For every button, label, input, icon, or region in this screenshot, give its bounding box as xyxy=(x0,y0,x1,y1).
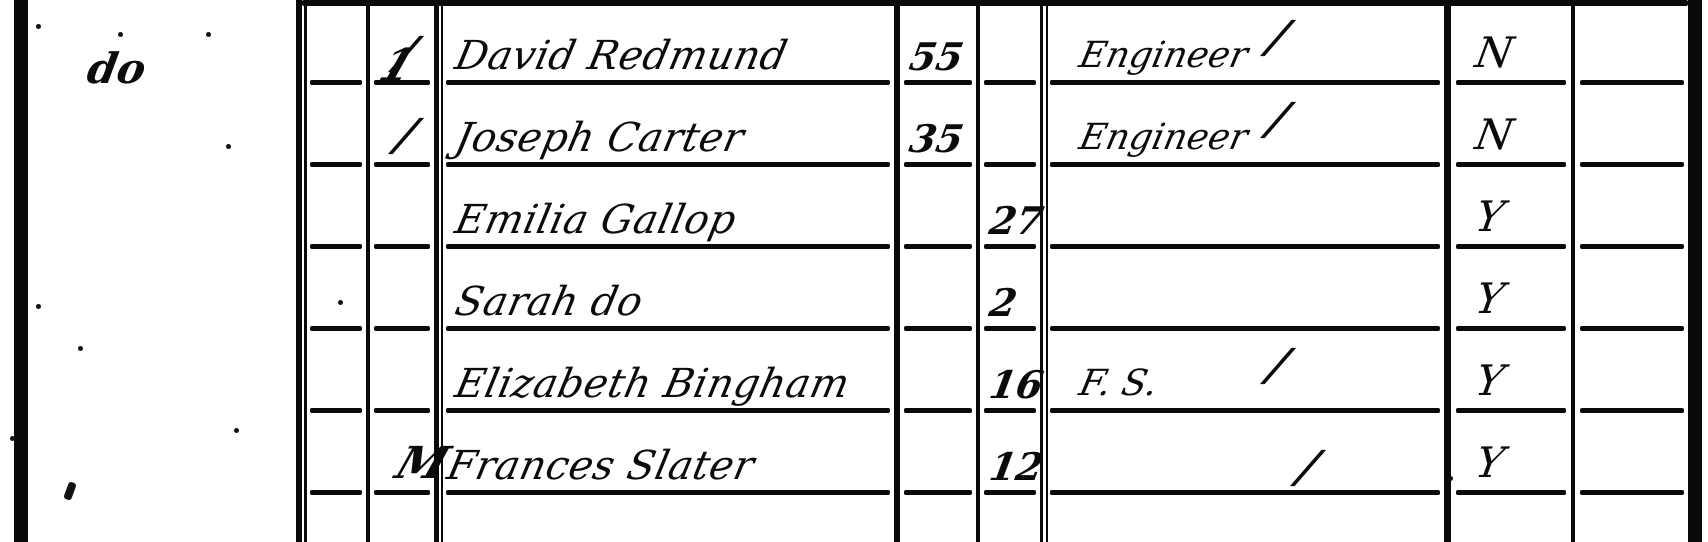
row-rule xyxy=(310,490,362,495)
column-rule xyxy=(1571,0,1575,542)
age-female: 12 xyxy=(987,448,1047,486)
row-rule xyxy=(310,162,362,167)
margin-note: do xyxy=(84,48,149,90)
person-name: Emilia Gallop xyxy=(452,200,740,240)
row-rule xyxy=(984,162,1036,167)
person-name: Elizabeth Bingham xyxy=(452,364,854,404)
born-in-county: N xyxy=(1472,114,1516,156)
scan-speck xyxy=(36,304,41,309)
person-name: David Redmund xyxy=(452,36,791,76)
occupation-check: / xyxy=(1262,98,1294,142)
person-name: Frances Slater xyxy=(444,446,758,486)
row-rule xyxy=(310,408,362,413)
born-in-county: Y xyxy=(1472,278,1507,320)
row-rule xyxy=(984,408,1036,413)
row-rule xyxy=(904,408,972,413)
column-rule xyxy=(366,0,370,542)
row-rule xyxy=(1050,490,1440,495)
row-rule xyxy=(1050,244,1440,249)
column-rule xyxy=(1444,0,1451,542)
scan-speck xyxy=(1448,476,1453,481)
born-in-county: Y xyxy=(1472,442,1507,484)
born-in-county: Y xyxy=(1472,360,1507,402)
header-rule xyxy=(302,0,1688,6)
row-rule xyxy=(446,80,890,85)
row-rule xyxy=(374,326,430,331)
row-rule xyxy=(446,326,890,331)
column-rule xyxy=(894,0,900,542)
row-rule xyxy=(984,326,1036,331)
scan-speck xyxy=(338,300,343,305)
row-rule xyxy=(1580,162,1684,167)
right-border-rule xyxy=(1688,0,1702,542)
row-rule xyxy=(310,80,362,85)
age-female: 16 xyxy=(987,366,1047,404)
row-rule xyxy=(1456,490,1566,495)
occupation-check: / xyxy=(1262,344,1294,388)
row-rule xyxy=(446,490,890,495)
occupation: F. S. xyxy=(1076,366,1161,402)
row-rule xyxy=(904,162,972,167)
occupation: Engineer xyxy=(1076,120,1251,156)
row-rule xyxy=(310,326,362,331)
row-rule xyxy=(1456,244,1566,249)
scan-speck xyxy=(63,481,77,501)
scan-speck xyxy=(78,346,83,351)
column-rule xyxy=(296,0,302,542)
row-rule xyxy=(1050,80,1440,85)
row-rule xyxy=(1050,162,1440,167)
row-rule xyxy=(904,80,972,85)
row-rule xyxy=(904,326,972,331)
scan-speck xyxy=(10,436,15,441)
row-rule xyxy=(374,244,430,249)
occupation-check: / xyxy=(1292,446,1324,490)
column-rule xyxy=(1046,0,1048,542)
age-male: 35 xyxy=(907,120,967,158)
row-rule xyxy=(446,408,890,413)
person-name: Joseph Carter xyxy=(452,118,748,158)
left-border-rule xyxy=(14,0,28,542)
scan-speck xyxy=(206,32,211,37)
row-rule xyxy=(446,162,890,167)
scan-speck xyxy=(118,32,123,37)
row-rule xyxy=(1456,162,1566,167)
row-rule xyxy=(374,490,430,495)
row-rule xyxy=(1456,326,1566,331)
scan-speck xyxy=(234,428,239,433)
scan-speck xyxy=(36,24,41,29)
row-rule xyxy=(904,244,972,249)
row-rule xyxy=(1456,408,1566,413)
person-name: Sarah do xyxy=(452,282,647,322)
row-rule xyxy=(374,408,430,413)
census-page: do 1 /David Redmund55Engineer/N/Joseph C… xyxy=(0,0,1708,542)
scan-speck xyxy=(226,144,231,149)
row-rule xyxy=(1580,490,1684,495)
occupation: Engineer xyxy=(1076,38,1251,74)
age-female: 27 xyxy=(987,202,1047,240)
row-rule xyxy=(310,244,362,249)
row-rule xyxy=(446,244,890,249)
row-rule xyxy=(1580,80,1684,85)
row-rule xyxy=(1050,326,1440,331)
row-rule xyxy=(1580,244,1684,249)
row-rule xyxy=(1456,80,1566,85)
row-mark: / xyxy=(390,114,422,158)
row-rule xyxy=(1580,326,1684,331)
age-male: 55 xyxy=(907,38,967,76)
row-rule xyxy=(984,490,1036,495)
occupation-check: / xyxy=(1262,16,1294,60)
column-rule xyxy=(976,0,980,542)
born-in-county: N xyxy=(1472,32,1516,74)
column-rule xyxy=(304,0,307,542)
row-rule xyxy=(374,162,430,167)
age-female: 2 xyxy=(987,284,1020,322)
row-rule xyxy=(984,80,1036,85)
row-rule xyxy=(1580,408,1684,413)
row-rule xyxy=(984,244,1036,249)
row-rule xyxy=(904,490,972,495)
born-in-county: Y xyxy=(1472,196,1507,238)
row-rule xyxy=(1050,408,1440,413)
